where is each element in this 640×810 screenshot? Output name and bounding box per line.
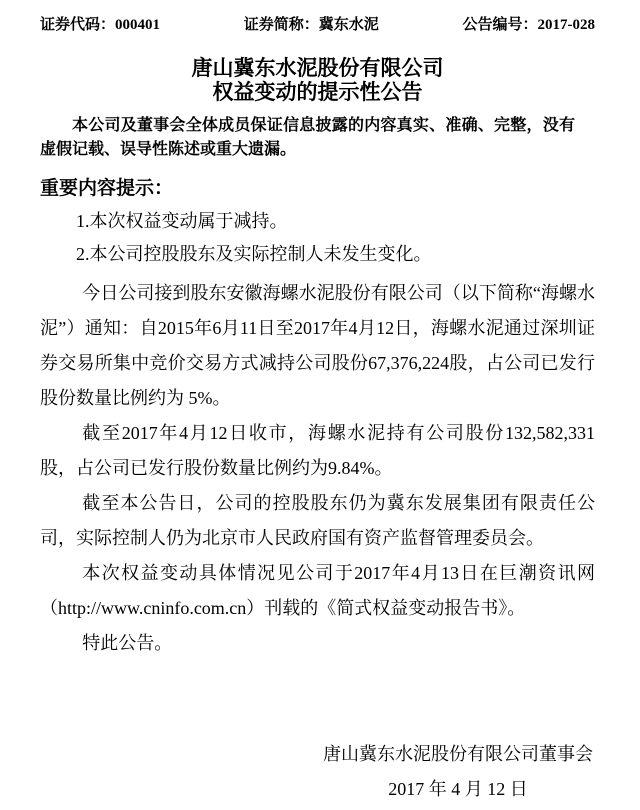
declaration-paragraph: 本公司及董事会全体成员保证信息披露的内容真实、准确、完整，没有虚假记载、误导性陈… bbox=[40, 114, 575, 162]
doc-header: 证券代码：000401 证券简称：冀东水泥 公告编号：2017-028 bbox=[40, 14, 595, 36]
notice-item-1: 1.本次权益变动属于减持。 bbox=[40, 205, 595, 238]
doc-title: 唐山冀东水泥股份有限公司 权益变动的提示性公告 bbox=[40, 56, 595, 104]
stock-short-name: 证券简称：冀东水泥 bbox=[244, 14, 379, 36]
signature-block: 唐山冀东水泥股份有限公司董事会 2017 年 4 月 12 日 bbox=[323, 737, 593, 807]
stock-code: 证券代码：000401 bbox=[40, 14, 160, 36]
body-paragraph-4: 本次权益变动具体情况见公司于2017年4月13日在巨潮资讯网（http://ww… bbox=[40, 556, 595, 626]
closing-line: 特此公告。 bbox=[40, 626, 595, 661]
notice-heading: 重要内容提示： bbox=[40, 172, 595, 205]
signature-date: 2017 年 4 月 12 日 bbox=[323, 772, 593, 807]
announcement-number: 公告编号：2017-028 bbox=[463, 14, 596, 36]
body-paragraph-1: 今日公司接到股东安徽海螺水泥股份有限公司（以下简称“海螺水泥”）通知：自2015… bbox=[40, 276, 595, 416]
doc-title-line1: 唐山冀东水泥股份有限公司 bbox=[40, 56, 595, 80]
important-notice-section: 重要内容提示： 1.本次权益变动属于减持。 2.本公司控股股东及实际控制人未发生… bbox=[40, 172, 595, 271]
announcement-document: 证券代码：000401 证券简称：冀东水泥 公告编号：2017-028 唐山冀东… bbox=[0, 0, 640, 810]
doc-title-line2: 权益变动的提示性公告 bbox=[40, 80, 595, 104]
signature-company: 唐山冀东水泥股份有限公司董事会 bbox=[323, 737, 593, 772]
body-paragraph-3: 截至本公告日，公司的控股股东仍为冀东发展集团有限责任公司，实际控制人仍为北京市人… bbox=[40, 486, 595, 556]
notice-item-2: 2.本公司控股股东及实际控制人未发生变化。 bbox=[40, 238, 595, 271]
body-paragraph-2: 截至2017年4月12日收市，海螺水泥持有公司股份132,582,331股，占公… bbox=[40, 416, 595, 486]
